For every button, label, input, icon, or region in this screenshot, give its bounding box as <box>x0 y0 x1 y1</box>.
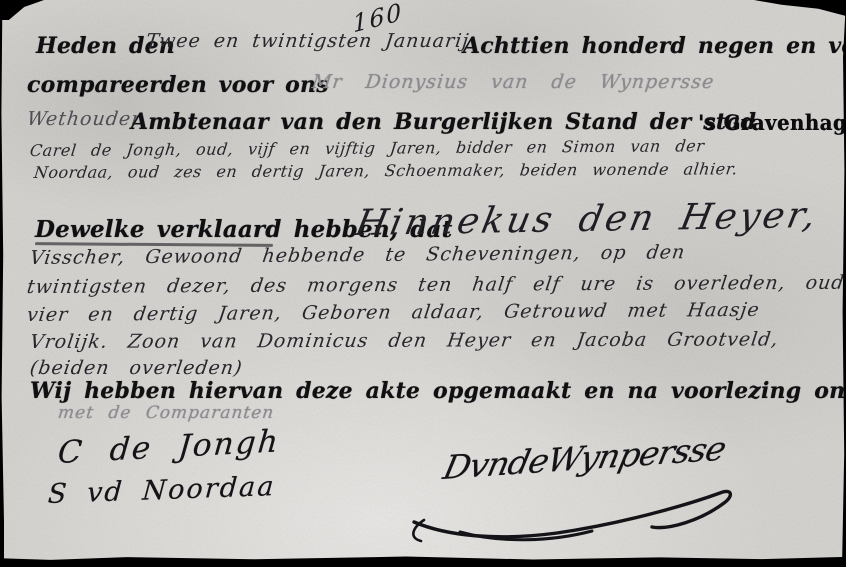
printed-year: Achttien honderd negen en veertig , <box>463 34 846 58</box>
handwritten-met-de-comparanten: met de Comparanten <box>57 404 275 423</box>
body-line-3: vier en dertig Jaren, Geboren aldaar, Ge… <box>26 300 761 326</box>
declarants-line-2: Noordaa, oud zes en dertig Jaren, Schoen… <box>33 160 739 181</box>
blackletter-city: 's Gravenhage: <box>698 111 846 134</box>
signature-c-de-jongh: C de Jongh <box>56 424 281 470</box>
handwritten-date: Twee en twintigsten Januarij <box>145 31 471 52</box>
printed-ambtenaar: Ambtenaar van den Burgerlijken Stand der… <box>131 110 756 134</box>
scan-border-bottom <box>0 556 846 567</box>
body-line-4: Vrolijk. Zoon van Dominicus den Heyer en… <box>29 329 780 353</box>
deceased-name: Hinnekus den Heyer, <box>352 196 822 244</box>
printed-closing: Wij hebben hiervan deze akte opgemaakt e… <box>30 379 846 403</box>
handwritten-wethouder: Wethouder <box>26 109 143 130</box>
body-line-1: Visscher, Gewoond hebbende te Schevening… <box>29 242 687 269</box>
handwritten-official-name: Mr Dionysius van de Wynpersse <box>311 72 716 93</box>
printed-compareerden: compareerden voor ons <box>27 73 329 97</box>
scan-corner-top-left <box>0 0 44 20</box>
scan-border-left <box>0 0 4 567</box>
body-line-5: (beiden overleden) <box>29 358 244 379</box>
body-line-2: twintigsten dezer, des morgens ten half … <box>26 273 846 298</box>
scan-corner-top-right <box>754 0 846 16</box>
signature-wynpersse: DvndeWynpersse <box>440 431 729 486</box>
declarants-line-1: Carel de Jongh, oud, vijf en vijftig Jar… <box>29 137 705 159</box>
signature-s-vd-noordaa: S vd Noordaa <box>47 472 277 510</box>
death-record-scan: 160 Heden den Twee en twintigsten Januar… <box>0 0 846 567</box>
